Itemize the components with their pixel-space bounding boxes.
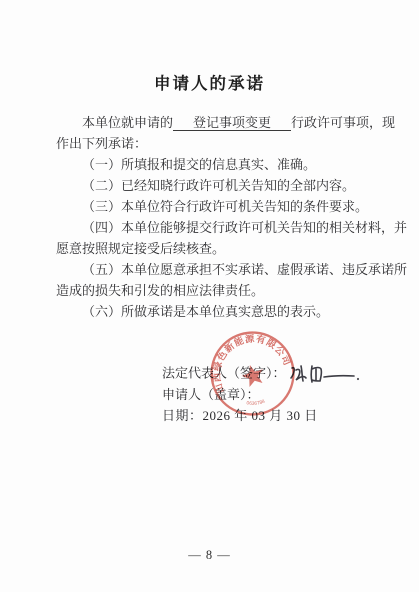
applicant-seal-row: 申请人（盖章）： [162,384,360,406]
date-row: 日期：2026 年 03 月 30 日 [162,405,360,427]
commitment-item-4-line-2: 愿意按照规定接受后续核查。 [56,238,402,259]
signature-block: 法定代表人（签字）： 申请人（盖章）： 日期：2026 年 03 月 30 日 [162,362,360,427]
page-number: — 8 — [0,548,419,563]
commitment-item-5-line-1: （五）本单位愿意承担不实承诺、虚假承诺、违反承诺所 [56,259,402,280]
legal-rep-label: 法定代表人（签字）： [162,365,286,380]
legal-rep-signature-row: 法定代表人（签字）： [162,362,360,384]
intro-line-2: 作出下列承诺： [56,133,402,154]
scanned-document-page: 申请人的承诺 本单位就申请的登记事项变更行政许可事项，现 作出下列承诺： （一）… [0,0,419,592]
commitment-item-3: （三）本单位符合行政许可机关告知的条件要求。 [56,196,402,217]
commitment-item-6: （六）所做承诺是本单位真实意思的表示。 [56,301,402,322]
commitment-item-4-line-1: （四）本单位能够提交行政许可机关告知的相关材料，并 [56,217,402,238]
commitment-item-2: （二）已经知晓行政许可机关告知的全部内容。 [56,175,402,196]
intro-suffix: 行政许可事项，现 [291,115,395,130]
intro-line: 本单位就申请的登记事项变更行政许可事项，现 [56,112,402,133]
commitment-item-1: （一）所填报和提交的信息真实、准确。 [56,154,402,175]
commitment-body: 本单位就申请的登记事项变更行政许可事项，现 作出下列承诺： （一）所填报和提交的… [56,112,402,322]
commitment-item-5-line-2: 造成的损失和引发的相应法律责任。 [56,280,402,301]
license-type-blank-field: 登记事项变更 [173,115,291,131]
page-title: 申请人的承诺 [0,70,419,94]
legal-rep-signature-handwriting [288,362,360,386]
intro-prefix: 本单位就申请的 [82,115,173,130]
license-type-value: 登记事项变更 [193,115,271,130]
